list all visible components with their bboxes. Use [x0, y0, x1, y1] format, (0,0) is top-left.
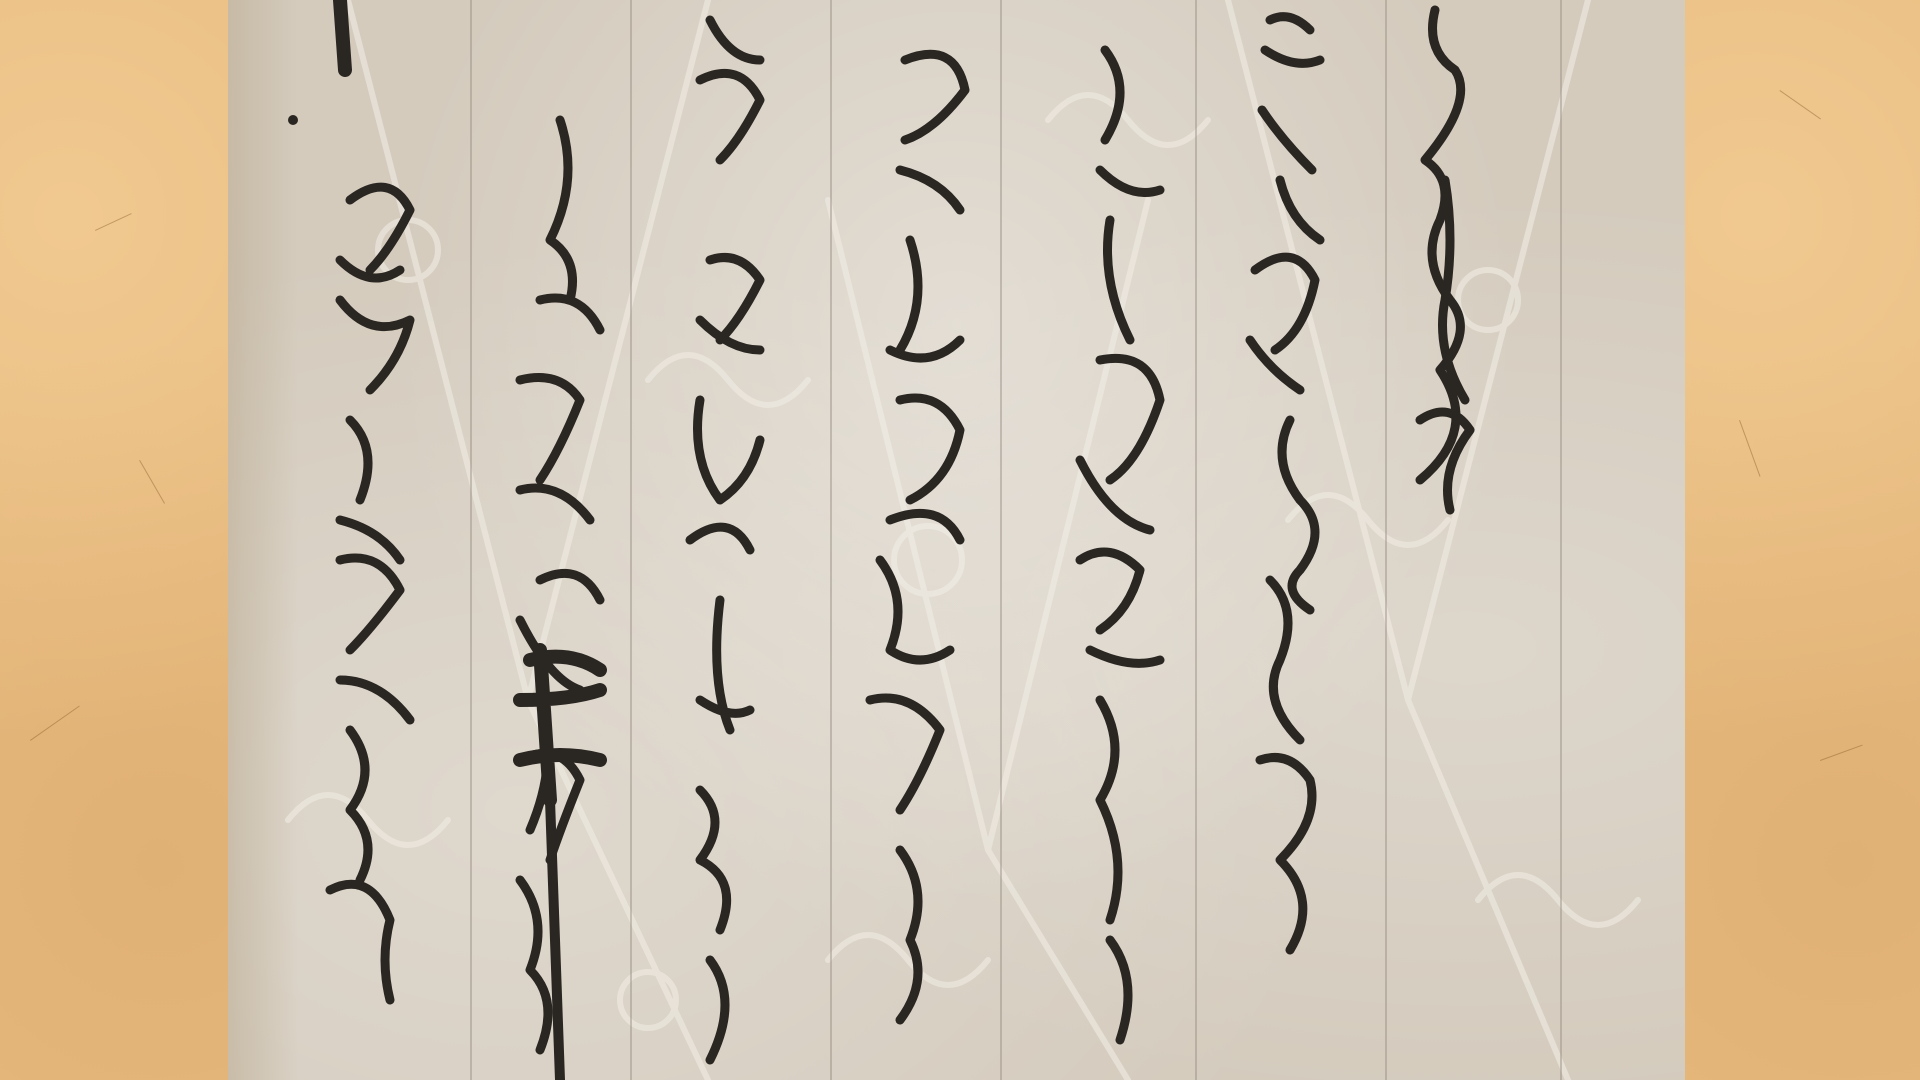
calligraphy-ink — [0, 0, 1920, 1080]
ink-dot — [288, 115, 298, 125]
